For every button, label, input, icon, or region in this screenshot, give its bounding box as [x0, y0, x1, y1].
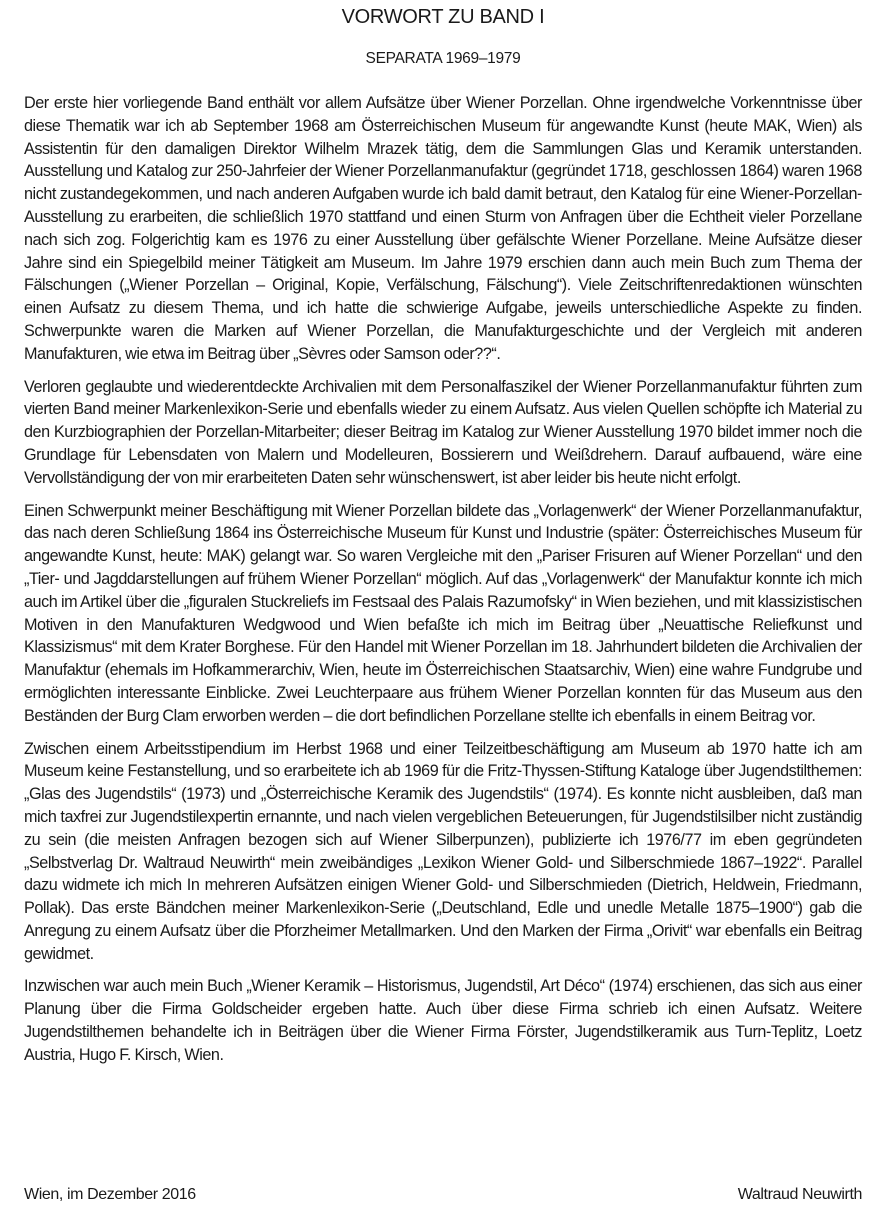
author-signature: Waltraud Neuwirth [738, 1186, 862, 1204]
page-subtitle: SEPARATA 1969–1979 [24, 50, 862, 68]
paragraph-1: Der erste hier vorliegende Band enthält … [24, 92, 862, 366]
paragraph-2: Verloren geglaubte und wiederentdeckte A… [24, 376, 862, 490]
paragraph-3: Einen Schwerpunkt meiner Beschäftigung m… [24, 500, 862, 728]
place-date: Wien, im Dezember 2016 [24, 1186, 196, 1204]
page-title: VORWORT ZU BAND I [24, 6, 862, 29]
document-footer: Wien, im Dezember 2016 Waltraud Neuwirth [24, 1186, 862, 1204]
document-body: Der erste hier vorliegende Band enthält … [24, 92, 862, 1077]
paragraph-4: Zwischen einem Arbeitsstipendium im Herb… [24, 738, 862, 966]
paragraph-5: Inzwischen war auch mein Buch „Wiener Ke… [24, 975, 862, 1066]
